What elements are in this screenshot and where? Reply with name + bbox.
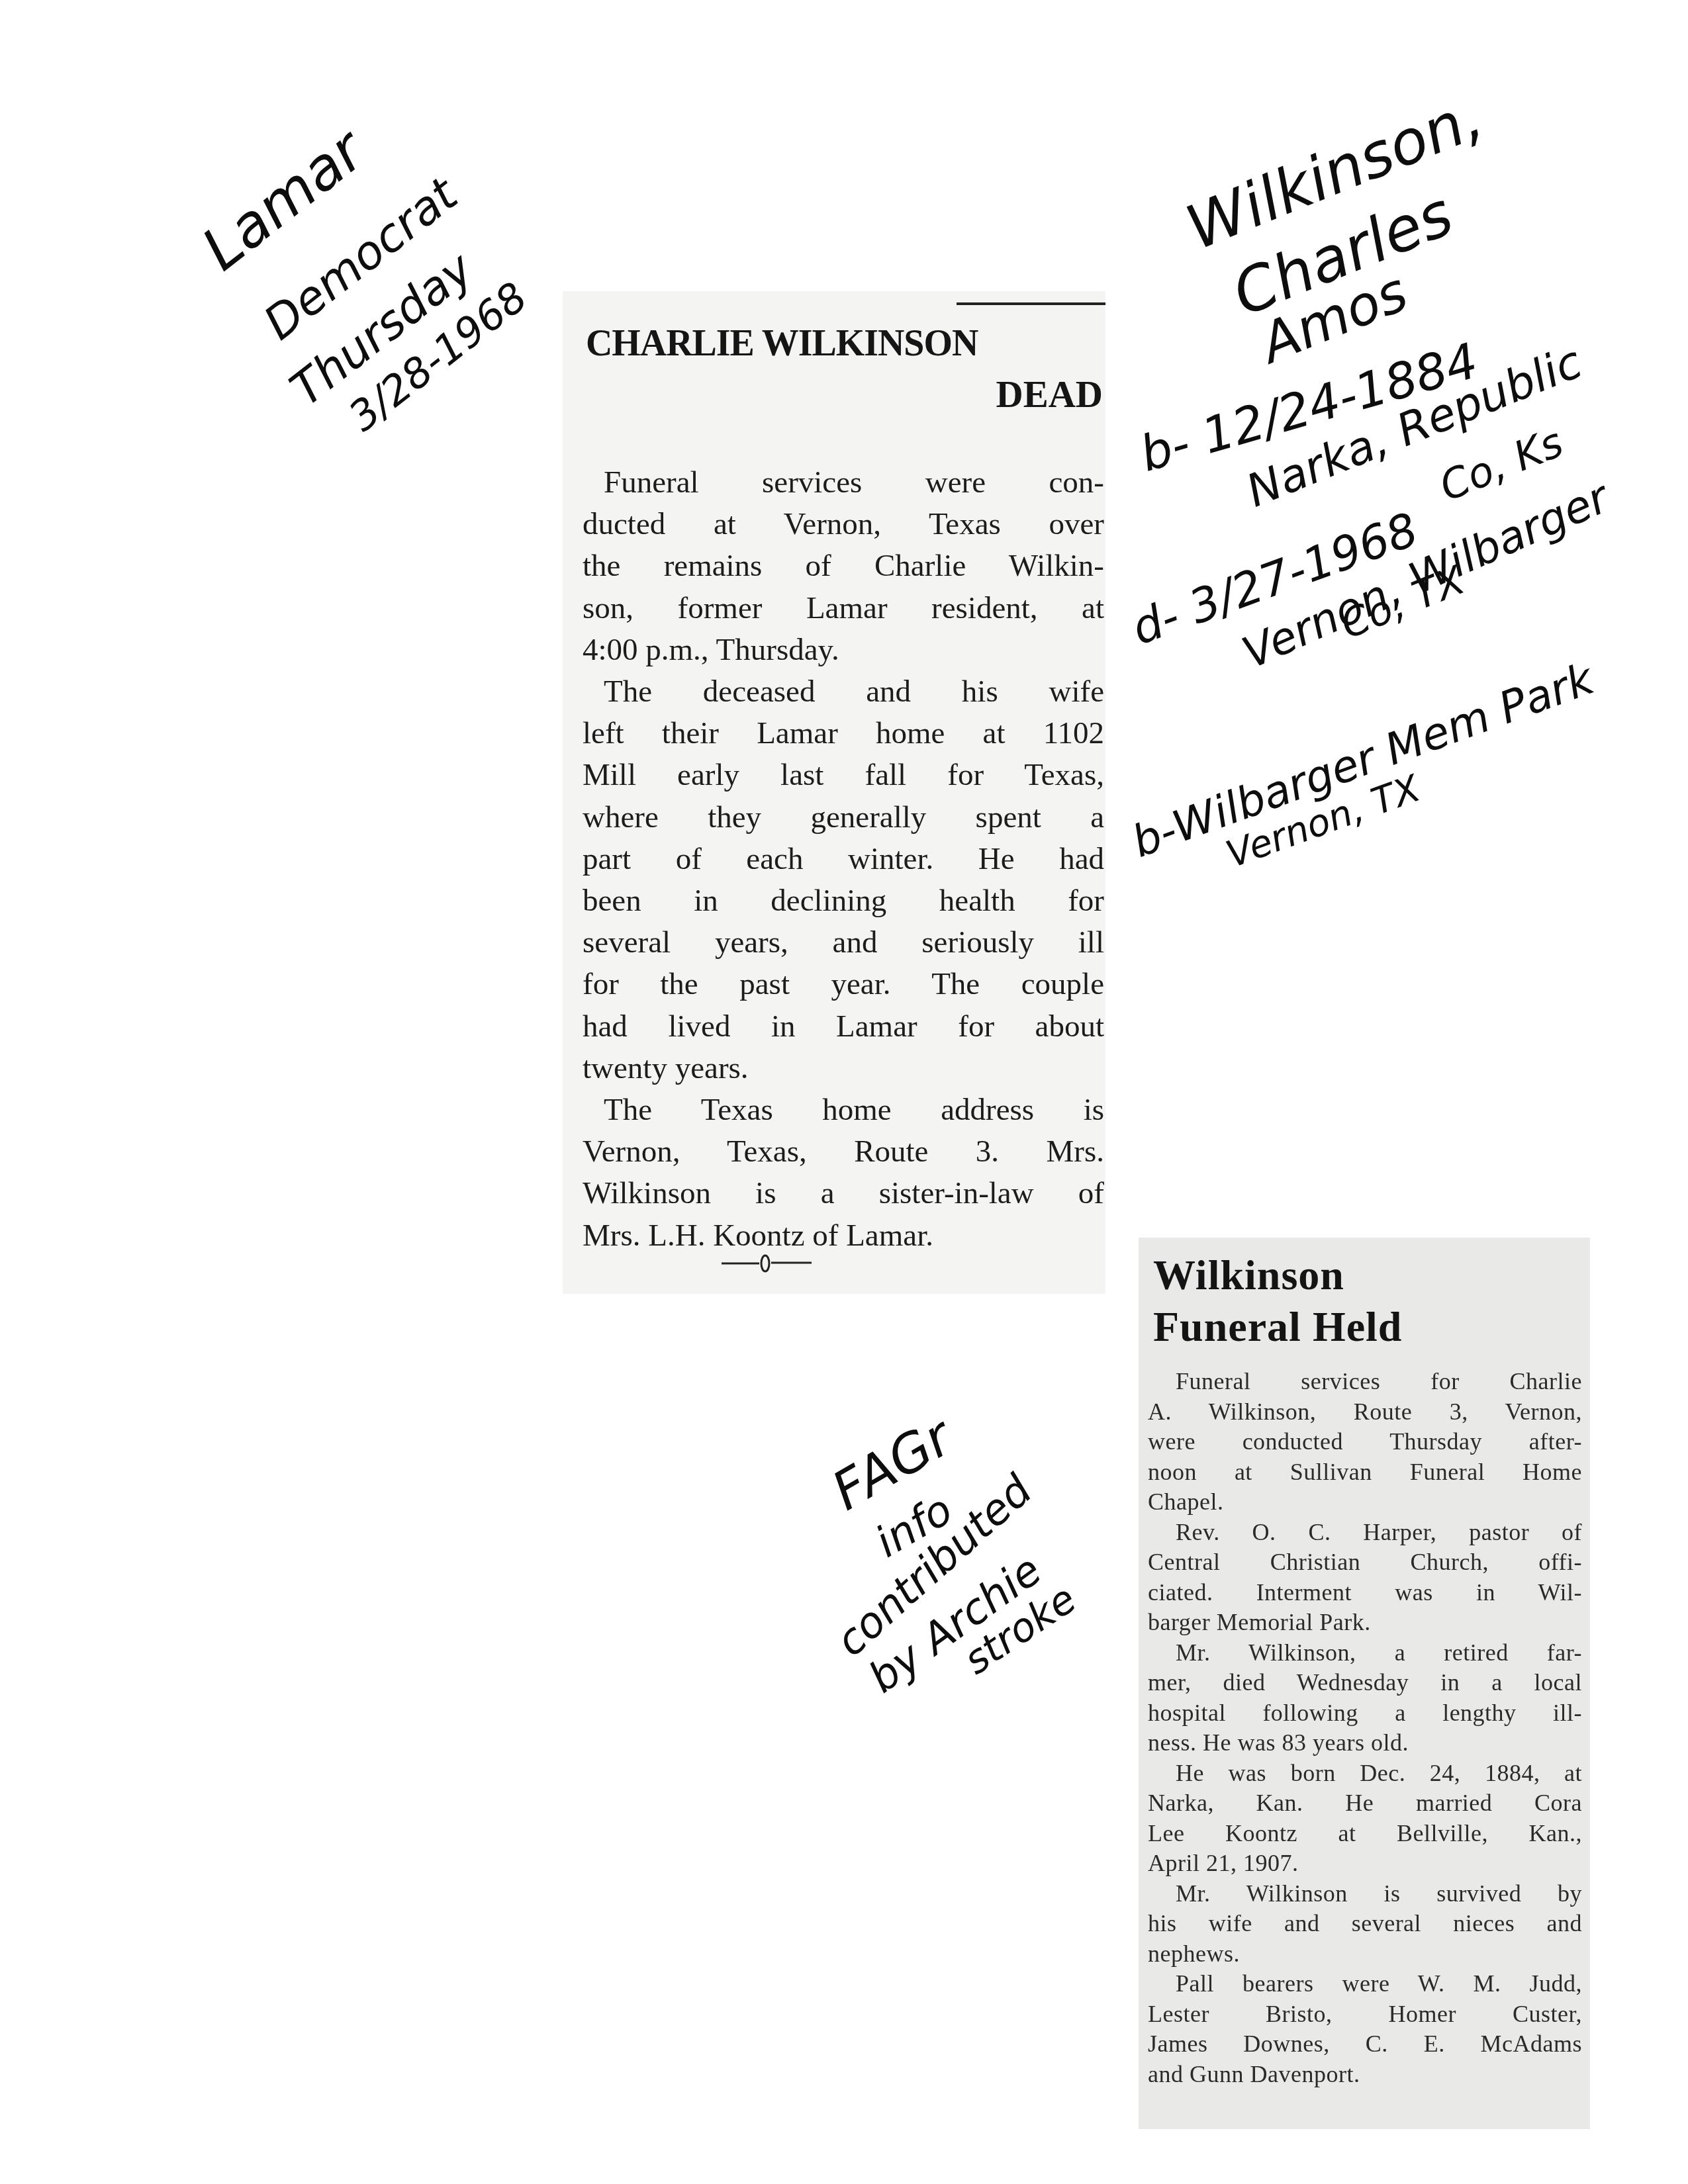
newspaper-clipping-2: Wilkinson Funeral Held Funeral services … (1139, 1238, 1590, 2129)
clipping1-headline: CHARLIE WILKINSON (586, 324, 978, 362)
clipping1-line: where they generally spent a (583, 797, 1104, 839)
clipping1-line: left their Lamar home at 1102 (583, 713, 1104, 754)
separator-ornament (722, 1253, 812, 1273)
clipping2-line: Lester Bristo, Homer Custer, (1148, 1999, 1582, 2030)
clipping1-line: Mrs. L.H. Koontz of Lamar. (583, 1215, 1104, 1257)
clipping1-line: the remains of Charlie Wilkin- (583, 545, 1104, 587)
clipping2-line: Narka, Kan. He married Cora (1148, 1788, 1582, 1819)
clipping1-line: The Texas home address is (583, 1089, 1104, 1131)
clipping1-line: several years, and seriously ill (583, 922, 1104, 964)
clipping1-line: 4:00 p.m., Thursday. (583, 629, 1104, 671)
clipping2-line: were conducted Thursday after- (1148, 1427, 1582, 1457)
clipping1-line: had lived in Lamar for about (583, 1006, 1104, 1048)
clipping2-headline-line-1: Wilkinson (1153, 1250, 1402, 1301)
clipping2-line: Pall bearers were W. M. Judd, (1148, 1969, 1582, 1999)
clipping1-line: Wilkinson is a sister-in-law of (583, 1173, 1104, 1214)
clipping2-line: ness. He was 83 years old. (1148, 1728, 1582, 1758)
clipping2-line: mer, died Wednesday in a local (1148, 1668, 1582, 1698)
clipping2-line: Rev. O. C. Harper, pastor of (1148, 1518, 1582, 1548)
clipping2-line: noon at Sullivan Funeral Home (1148, 1457, 1582, 1488)
clipping2-line: hospital following a lengthy ill- (1148, 1698, 1582, 1729)
column-rule (957, 302, 1105, 305)
clipping1-headline-dead: DEAD (996, 376, 1103, 414)
clipping2-line: Lee Koontz at Bellville, Kan., (1148, 1819, 1582, 1849)
clipping1-line: Vernon, Texas, Route 3. Mrs. (583, 1131, 1104, 1173)
clipping2-headline: Wilkinson Funeral Held (1153, 1250, 1402, 1353)
clipping2-line: barger Memorial Park. (1148, 1608, 1582, 1638)
clipping2-line: his wife and several nieces and (1148, 1909, 1582, 1939)
clipping2-line: and Gunn Davenport. (1148, 2060, 1582, 2090)
burial-note-line-1: b-Wilbarger Mem Park (1127, 657, 1599, 864)
clipping2-line: ciated. Interment was in Wil- (1148, 1578, 1582, 1608)
clipping1-line: son, former Lamar resident, at (583, 588, 1104, 629)
clipping1-body: Funeral services were con- ducted at Ver… (583, 462, 1104, 1257)
clipping1-line: been in declining health for (583, 880, 1104, 922)
clipping2-line: nephews. (1148, 1939, 1582, 1970)
clipping2-line: Funeral services for Charlie (1148, 1367, 1582, 1397)
clipping2-line: A. Wilkinson, Route 3, Vernon, (1148, 1397, 1582, 1428)
clipping2-line: He was born Dec. 24, 1884, at (1148, 1758, 1582, 1789)
clipping1-line: ducted at Vernon, Texas over (583, 504, 1104, 545)
clipping2-line: James Downes, C. E. McAdams (1148, 2029, 1582, 2060)
clipping1-line: The deceased and his wife (583, 671, 1104, 713)
clipping1-line: Funeral services were con- (583, 462, 1104, 504)
clipping2-line: Chapel. (1148, 1487, 1582, 1518)
clipping2-line: Mr. Wilkinson, a retired far- (1148, 1638, 1582, 1668)
clipping2-line: Mr. Wilkinson is survived by (1148, 1879, 1582, 1909)
clipping2-headline-line-2: Funeral Held (1153, 1301, 1402, 1353)
clipping2-line: Central Christian Church, offi- (1148, 1547, 1582, 1578)
clipping2-line: April 21, 1907. (1148, 1848, 1582, 1879)
clipping2-body: Funeral services for Charlie A. Wilkinso… (1148, 1367, 1582, 2089)
clipping1-line: part of each winter. He had (583, 839, 1104, 880)
newspaper-clipping-1: CHARLIE WILKINSON DEAD Funeral services … (563, 291, 1105, 1294)
clipping1-line: for the past year. The couple (583, 964, 1104, 1005)
clipping1-line: Mill early last fall for Texas, (583, 754, 1104, 796)
clipping1-line: twenty years. (583, 1048, 1104, 1089)
